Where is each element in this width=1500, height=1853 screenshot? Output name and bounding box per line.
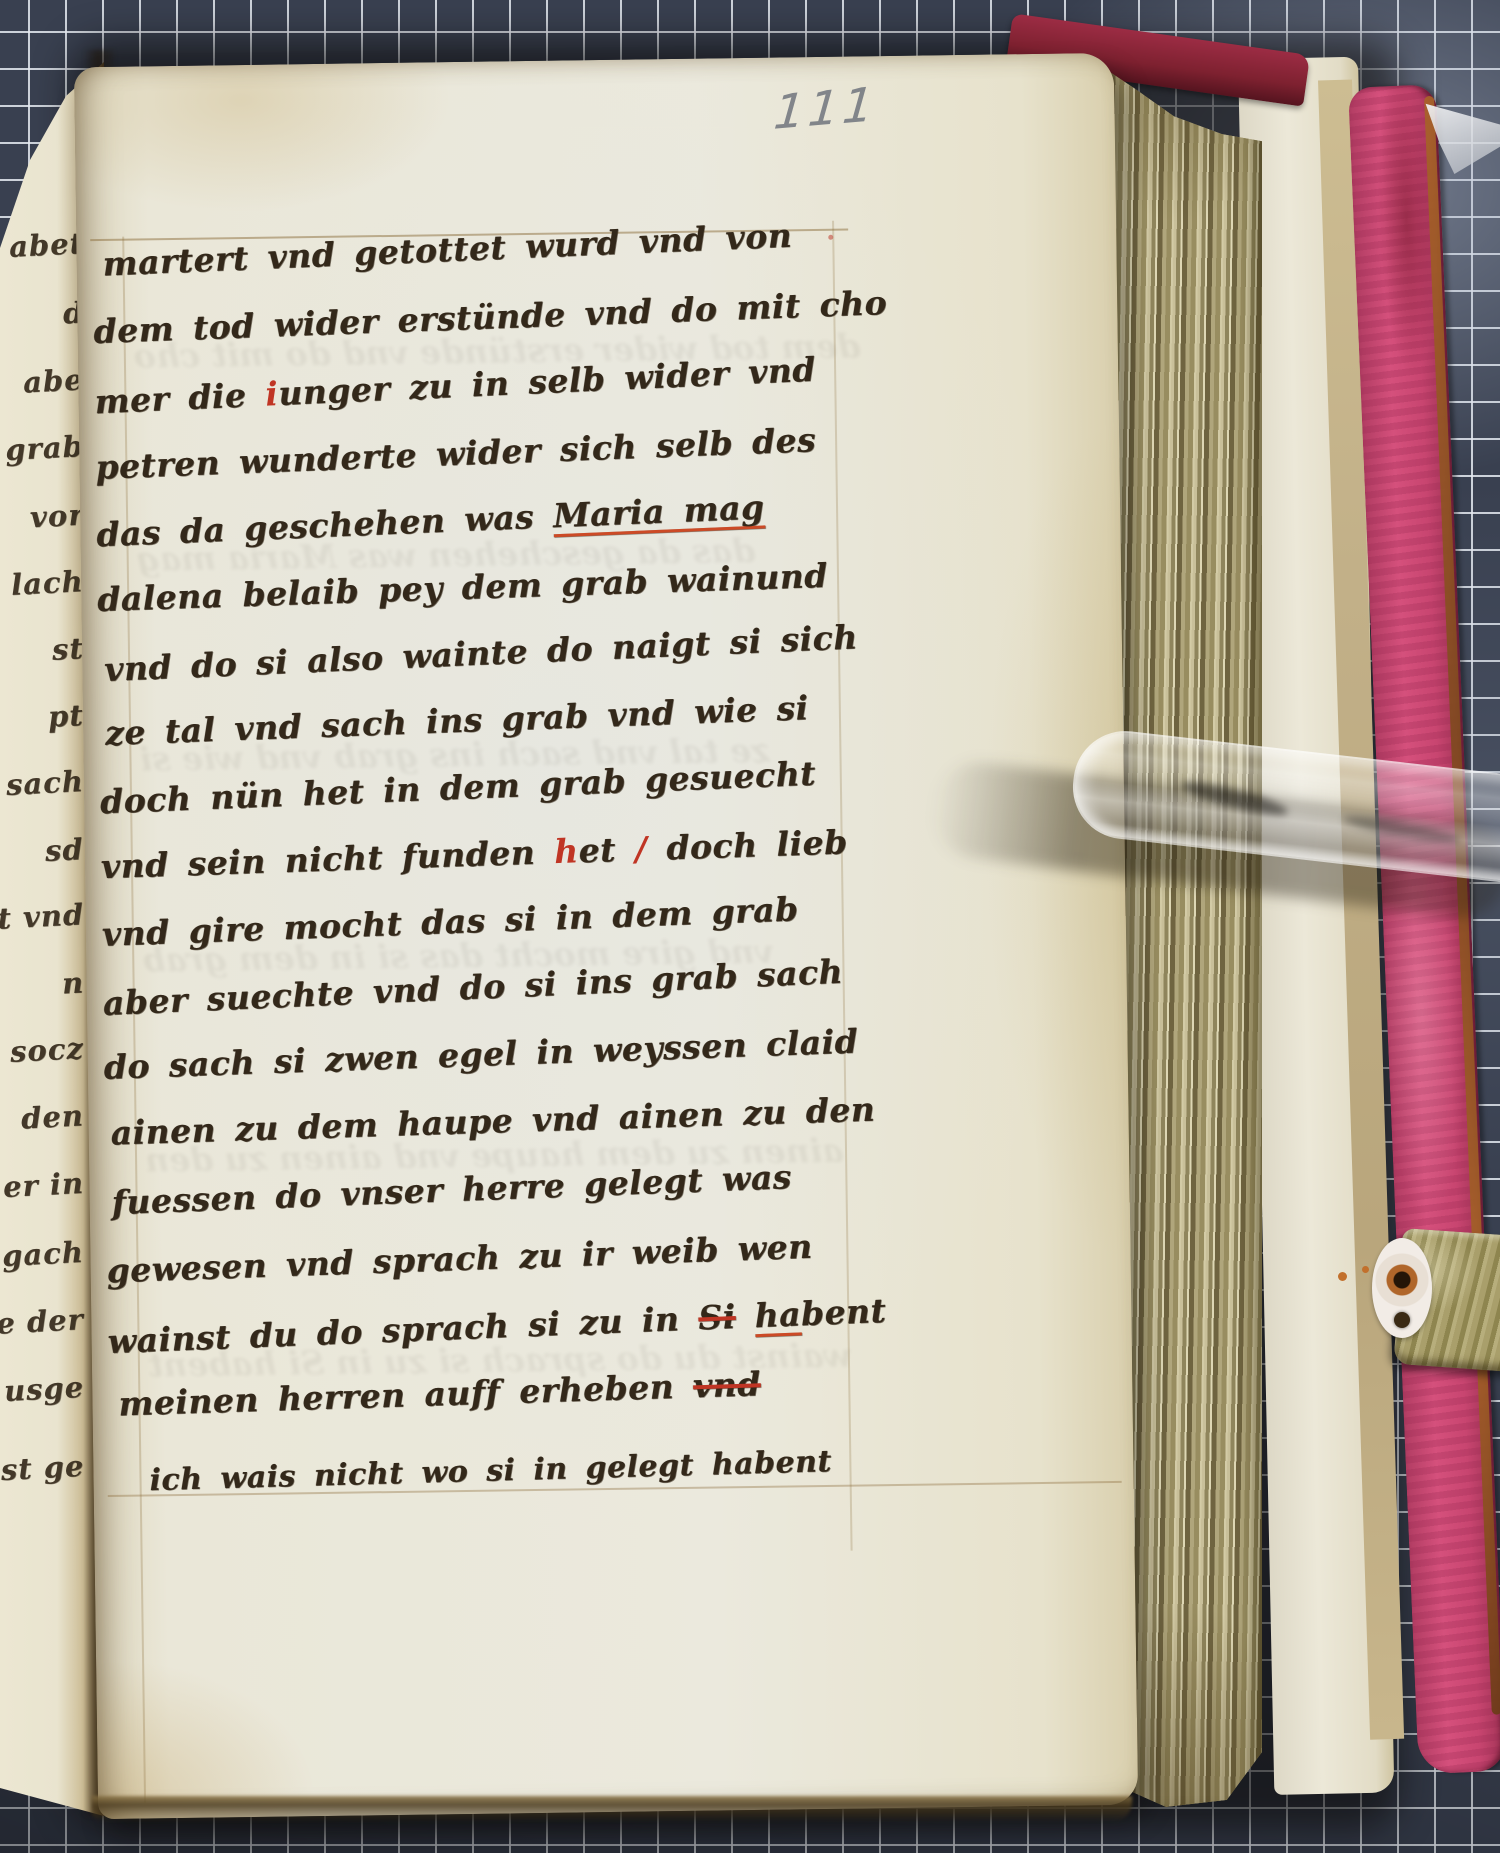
rubricated-segment: Maria mag xyxy=(552,487,765,535)
manuscript-line: martert vnd getottet wurd vnd von xyxy=(102,216,793,284)
ink-segment: vnd sein nicht funden xyxy=(100,832,554,886)
rubricated-segment: vnd xyxy=(692,1364,761,1405)
photo-stage: abetdaben grabvorlachstptsachsdet vndnso… xyxy=(0,0,1500,1853)
rubricated-segment: Si xyxy=(698,1297,737,1337)
book-bottom-edge-shade xyxy=(92,1796,1132,1822)
ink-segment: et xyxy=(578,830,635,871)
rust-dot xyxy=(1362,1266,1369,1273)
facing-page-text-fragment: n xyxy=(61,965,85,1000)
manuscript-line: wainst du do sprach si zu in Si habent xyxy=(107,1291,887,1361)
ink-segment: vnd do si also wainte do naigt si sich xyxy=(104,617,859,689)
facing-page-text-fragment: st xyxy=(51,631,84,667)
manuscript-line: ze tal vnd sach ins grab vnd wie si xyxy=(104,688,809,753)
manuscript-line: vnd gire mocht das si in dem grab xyxy=(101,889,799,954)
manuscript-line: meinen herren auff erheben vnd xyxy=(118,1364,762,1423)
manuscript-line: mer die iunger zu in selb wider vnd xyxy=(94,350,817,422)
facing-page-text-fragment: abet xyxy=(8,226,85,264)
rust-dot xyxy=(1338,1272,1347,1281)
facing-page-text-fragment: pt xyxy=(47,698,84,734)
manuscript-line: dalena belaib pey dem grab wainund xyxy=(97,556,829,619)
facing-page-text-fragment: lach xyxy=(11,564,85,602)
ink-segment: martert vnd getottet wurd vnd von xyxy=(102,216,793,284)
facing-page-text-fragment: usge xyxy=(3,1370,85,1408)
ink-segment: aber suechte vnd do si ins grab sach xyxy=(102,952,844,1023)
ink-segment: wainst du do sprach si zu in xyxy=(107,1298,699,1361)
ink-segment: dalena belaib pey dem grab wainund xyxy=(97,556,829,619)
manuscript-line: fuessen do vnser herre gelegt was xyxy=(111,1157,793,1222)
facing-page-text-fragment: n grab xyxy=(0,429,85,469)
ink-segment: ze tal vnd sach ins grab vnd wie si xyxy=(104,688,809,753)
ink-segment: do sach si zwen egel in weyssen claid xyxy=(103,1022,859,1087)
ink-segment: gewesen vnd sprach zu ir weib wen xyxy=(106,1227,813,1291)
acrylic-reflection-smudge xyxy=(1179,776,1290,821)
ink-segment: doch nün het in dem grab gesuecht xyxy=(99,754,816,822)
facing-page-text-fragment: er in xyxy=(2,1166,85,1204)
manuscript-line: das da geschehen was Maria mag xyxy=(96,487,766,554)
facing-page-text-fragment: de der xyxy=(0,1302,85,1342)
facing-page-text-fragment: den xyxy=(20,1098,85,1135)
facing-page-text-fragment: gach xyxy=(1,1235,84,1273)
manuscript-line: ainen zu dem haupe vnd ainen zu den xyxy=(110,1090,876,1153)
manuscript-page: 111 martert vnd getottet wurd vnd vondem… xyxy=(74,53,1138,1819)
manuscript-line: vnd sein nicht funden het / doch lieb xyxy=(100,822,848,886)
ink-segment: fuessen do vnser herre gelegt was xyxy=(111,1157,793,1222)
ink-segment: doch lieb xyxy=(647,822,848,868)
manuscript-line: gewesen vnd sprach zu ir weib wen xyxy=(106,1227,813,1291)
ink-segment xyxy=(735,1296,756,1336)
ink-segment: bent xyxy=(800,1291,887,1333)
manuscript-text-block: martert vnd getottet wurd vnd vondem tod… xyxy=(90,53,1114,1819)
ink-segment: ainen zu dem haupe vnd ainen zu den xyxy=(110,1090,876,1153)
ink-segment: meinen herren auff erheben xyxy=(118,1366,694,1423)
ink-segment: vnd gire mocht das si in dem grab xyxy=(101,889,799,954)
facing-page-text-fragment: socz xyxy=(9,1031,84,1069)
ink-segment: ich wais nicht wo si in gelegt habent xyxy=(149,1444,832,1498)
facing-page-text-fragment: et vnd xyxy=(0,897,85,937)
facing-page-text-fragment: sach xyxy=(5,764,85,802)
manuscript-line: dem tod wider erstünde vnd do mit cho xyxy=(93,283,888,351)
manuscript-line: petren wunderte wider sich selb des xyxy=(95,420,817,487)
ink-segment: das da geschehen was xyxy=(96,496,554,554)
facing-page-text-fragment: sd xyxy=(45,832,85,868)
manuscript-line: do sach si zwen egel in weyssen claid xyxy=(103,1022,859,1087)
rubricated-segment: ha xyxy=(754,1294,802,1335)
ink-segment: mer die xyxy=(94,375,266,422)
ink-segment: dem tod wider erstünde vnd do mit cho xyxy=(93,283,888,351)
acrylic-reflection-smudge xyxy=(1342,812,1463,848)
manuscript-line: ich wais nicht wo si in gelegt habent xyxy=(149,1444,832,1498)
ink-segment: petren wunderte wider sich selb des xyxy=(95,420,817,487)
manuscript-line: vnd do si also wainte do naigt si sich xyxy=(104,617,859,689)
clasp-hole xyxy=(1394,1312,1410,1328)
manuscript-line: doch nün het in dem grab gesuecht xyxy=(99,754,816,822)
rubricated-segment: h xyxy=(554,831,580,871)
facing-page-text-fragment: hast ge xyxy=(0,1449,85,1490)
manuscript-line: aber suechte vnd do si ins grab sach xyxy=(102,952,844,1023)
facing-page-text-fragment: abe xyxy=(23,362,85,399)
facing-page-text-fragment: vor xyxy=(29,498,85,535)
ink-segment: unger zu in selb wider vnd xyxy=(278,350,817,413)
